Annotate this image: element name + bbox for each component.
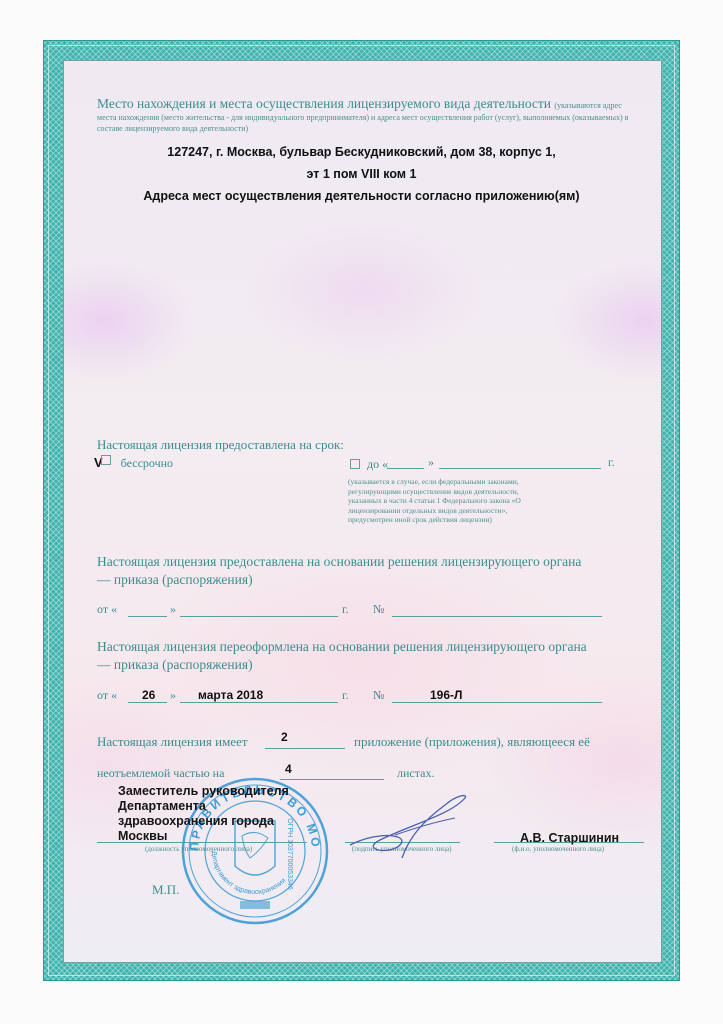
seal-place-label: М.П. — [152, 882, 179, 898]
appendix-text-1: Настоящая лицензия имеет — [97, 734, 248, 750]
appendix-text-4: листах. — [397, 766, 434, 781]
reissued-day-field[interactable] — [128, 702, 167, 703]
reissued-number-field[interactable] — [392, 702, 602, 703]
location-heading-note: (указываются адрес — [554, 101, 621, 110]
position-caption: (должность уполномоченного лица) — [145, 845, 252, 853]
reissued-number-value: 196-Л — [430, 688, 462, 702]
granted-mid: » — [170, 602, 176, 617]
svg-text:Департамент здравоохранения: Департамент здравоохранения — [210, 851, 288, 896]
appendix-count-value: 2 — [281, 730, 288, 744]
reissued-from-label: от « — [97, 688, 117, 703]
checkbox-indefinite[interactable] — [101, 455, 111, 465]
appendix-text-2: приложение (приложения), являющееся её — [354, 734, 590, 750]
signer-position-line-2: Департамента — [118, 799, 289, 814]
reissued-mid: » — [170, 688, 176, 703]
granted-date-field[interactable] — [180, 616, 338, 617]
reissued-basis-label-2: — приказа (распоряжения) — [97, 657, 253, 673]
handwritten-signature — [340, 790, 480, 860]
term-until-suffix: г. — [608, 455, 615, 470]
term-indefinite-label: бессрочно — [121, 456, 173, 470]
signer-position-line-3: здравоохранения города — [118, 814, 289, 829]
address-line-2: эт 1 пом VIII ком 1 — [63, 167, 660, 181]
location-heading: Место нахождения и места осуществления л… — [97, 96, 622, 112]
address-line-3: Адреса мест осуществления деятельности с… — [63, 189, 660, 203]
reissued-day-value: 26 — [142, 688, 155, 702]
appendix-sheets-value: 4 — [285, 762, 292, 776]
term-until-mid: » — [428, 455, 434, 470]
location-heading-text: Место нахождения и места осуществления л… — [97, 96, 551, 111]
term-until-note: (указывается в случае, если федеральными… — [348, 477, 528, 525]
signer-position-line-1: Заместитель руководителя — [118, 784, 289, 799]
granted-number-field[interactable] — [392, 616, 602, 617]
reissued-year-suffix: г. — [342, 688, 349, 703]
seal-inner-text: Департамент здравоохранения — [210, 851, 288, 896]
signer-position: Заместитель руководителя Департамента зд… — [118, 784, 289, 844]
term-label: Настоящая лицензия предоставлена на срок… — [97, 437, 344, 453]
position-line — [97, 842, 307, 843]
location-heading-subnote: места нахождения (место жительства - для… — [97, 112, 647, 134]
reissued-date-field[interactable] — [180, 702, 338, 703]
granted-year-suffix: г. — [342, 602, 349, 617]
term-indefinite-option[interactable]: V бессрочно — [94, 454, 173, 472]
reissued-date-value: марта 2018 — [198, 688, 263, 702]
granted-number-sign: № — [373, 602, 384, 617]
reissued-number-sign: № — [373, 688, 384, 703]
term-until-date-field[interactable] — [439, 468, 601, 469]
appendix-count-field[interactable] — [265, 748, 345, 749]
name-caption: (ф.и.о. уполномоченного лица) — [512, 845, 604, 853]
term-until-day-field[interactable] — [387, 468, 424, 469]
checkbox-until[interactable] — [350, 459, 360, 469]
signer-name: А.В. Старшинин — [520, 831, 619, 845]
reissued-basis-label-1: Настоящая лицензия переоформлена на осно… — [97, 639, 587, 655]
address-line-1: 127247, г. Москва, бульвар Бескудниковск… — [63, 145, 660, 159]
granted-from-label: от « — [97, 602, 117, 617]
granted-basis-label-1: Настоящая лицензия предоставлена на осно… — [97, 554, 581, 570]
granted-day-field[interactable] — [128, 616, 167, 617]
term-until-prefix: до « — [367, 457, 388, 471]
granted-basis-label-2: — приказа (распоряжения) — [97, 572, 253, 588]
term-until-option[interactable]: до « — [350, 455, 388, 473]
